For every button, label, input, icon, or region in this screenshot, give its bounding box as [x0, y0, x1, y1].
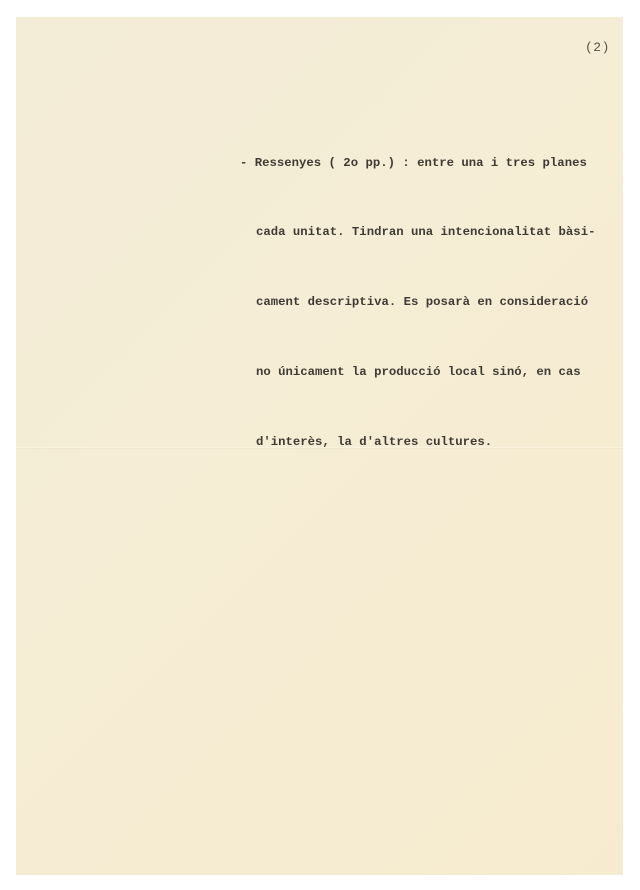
text-line: - Ressenyes ( 2o pp.) : entre una i tres…	[240, 152, 595, 175]
text-line: cada unitat. Tindran una intencionalitat…	[240, 221, 595, 244]
text-line: d'interès, la d'altres cultures.	[240, 431, 595, 454]
typed-paragraph: - Ressenyes ( 2o pp.) : entre una i tres…	[240, 105, 595, 501]
text-line: no únicament la producció local sinó, en…	[240, 361, 595, 384]
text-line: cament descriptiva. Es posarà en conside…	[240, 291, 595, 314]
paper-page: (2) - Ressenyes ( 2o pp.) : entre una i …	[16, 17, 623, 875]
page-number: (2)	[585, 40, 610, 55]
